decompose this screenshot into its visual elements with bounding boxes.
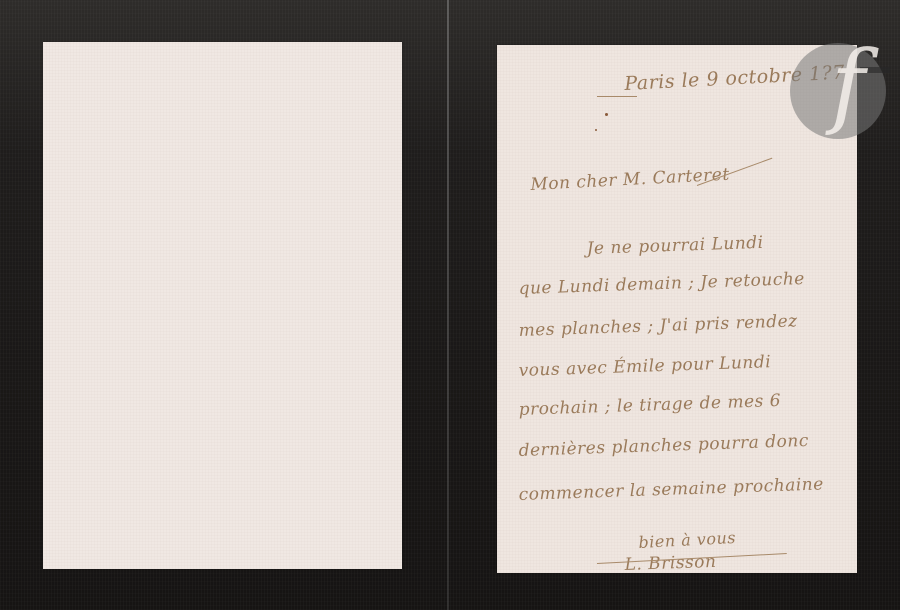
letter-body-line: mes planches ; J'ai pris rendez (518, 311, 798, 341)
letter-body-line: vous avec Émile pour Lundi (518, 352, 771, 381)
letter-body-line: dernières planches pourra donc (518, 431, 809, 461)
left-blank-page (43, 42, 402, 569)
letter-body-line: Je ne pourrai Lundi (586, 233, 764, 259)
ink-dot (605, 113, 608, 116)
letter-salutation: Mon cher M. Carteret (530, 165, 730, 195)
watermark-f-icon: f (808, 35, 888, 135)
letter-body-line: que Lundi demain ; Je retouche (518, 269, 805, 299)
date-flourish (597, 96, 637, 97)
letter-body-line: prochain ; le tirage de mes 6 (518, 391, 781, 420)
ink-dot (595, 129, 597, 131)
letter-signature: L. Brisson (624, 552, 716, 575)
center-fold-line (447, 0, 449, 610)
letter-closing: bien à vous (638, 528, 736, 552)
letter-body-line: commencer la semaine prochaine (518, 474, 824, 505)
